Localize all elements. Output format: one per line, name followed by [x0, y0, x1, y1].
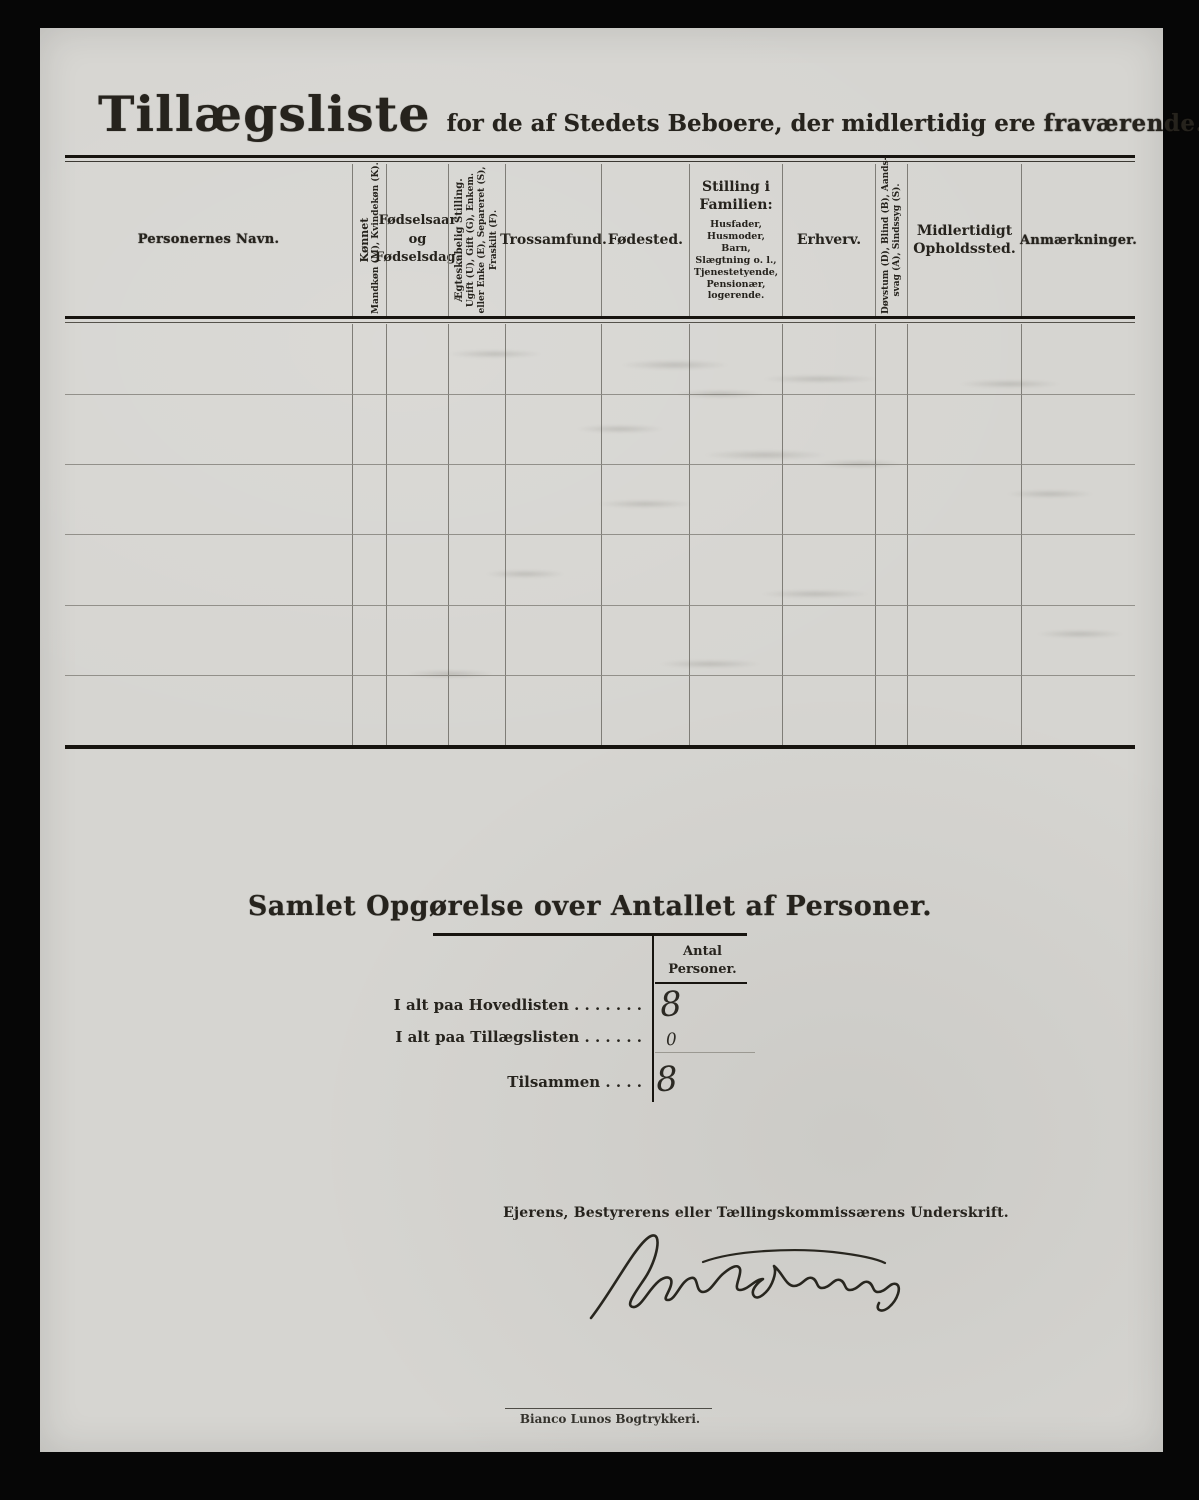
table-empty-cell	[875, 534, 907, 604]
column-header-marital-status: Ægteskabelig Stilling. Ugift (U), Gift (…	[448, 164, 505, 316]
form-title-subtitle: for de af Stedets Beboere, der midlertid…	[447, 112, 1199, 135]
table-empty-cell	[1021, 605, 1135, 675]
table-bottom-rule	[65, 745, 1135, 749]
column-header-family-position: Stilling i Familien: Husfader, Husmoder,…	[689, 164, 782, 316]
table-empty-cell	[505, 464, 601, 534]
table-empty-cell	[689, 605, 782, 675]
table-empty-cell	[386, 605, 448, 675]
table-empty-cell	[448, 324, 505, 394]
summary-table-vertical-rule	[652, 935, 654, 1102]
summary-row-main-list-value-handwritten: 8	[659, 984, 731, 1023]
column-header-remarks: Anmærkninger.	[1021, 164, 1135, 316]
signature-caption: Ejerens, Bestyrerens eller Tællingskommi…	[500, 1205, 1012, 1221]
printer-footer-text: Bianco Lunos Bogtrykkeri.	[480, 1412, 740, 1426]
table-empty-cell	[907, 464, 1021, 534]
table-empty-cell	[386, 534, 448, 604]
table-empty-cell	[601, 394, 689, 464]
summary-row-total-label: Tilsammen . . . .	[300, 1073, 642, 1091]
table-empty-cell	[875, 324, 907, 394]
table-empty-cell	[782, 534, 875, 604]
column-header-birthdate: Fødselsaar og Fødselsdag.	[386, 164, 448, 316]
table-body	[65, 324, 1135, 745]
column-header-family-position-subtext: Husfader, Husmoder, Barn, Slægtning o. l…	[690, 219, 782, 302]
header-rule-thin	[65, 322, 1135, 323]
table-empty-cell	[386, 675, 448, 745]
column-header-occupation: Erhverv.	[782, 164, 875, 316]
column-header-disability: Døvstum (D), Blind (B), Aands- svag (A),…	[875, 164, 907, 316]
table-empty-cell	[386, 464, 448, 534]
table-empty-cell	[601, 464, 689, 534]
summary-row-total-value-handwritten: 8	[655, 1059, 727, 1098]
table-empty-cell	[782, 605, 875, 675]
summary-count-column-header: Antal Personer.	[655, 943, 750, 978]
table-empty-cell	[65, 675, 352, 745]
summary-total-separator-line	[655, 1052, 755, 1053]
table-empty-cell	[352, 464, 386, 534]
printer-footer-rule	[505, 1408, 712, 1409]
table-empty-cell	[65, 534, 352, 604]
table-empty-cell	[505, 534, 601, 604]
table-empty-cell	[875, 605, 907, 675]
table-empty-cell	[65, 394, 352, 464]
table-empty-cell	[386, 394, 448, 464]
title-rule-thick	[65, 155, 1135, 158]
census-form-page: Tillægsliste for de af Stedets Beboere, …	[40, 28, 1163, 1452]
table-empty-cell	[352, 324, 386, 394]
form-title-subtitle-text: for de af Stedets Beboere, der midlertid…	[447, 110, 1036, 137]
summary-heading: Samlet Opgørelse over Antallet af Person…	[65, 891, 1115, 922]
table-empty-cell	[505, 605, 601, 675]
table-empty-cell	[448, 605, 505, 675]
table-empty-cell	[782, 464, 875, 534]
table-empty-cell	[448, 534, 505, 604]
table-empty-cell	[386, 324, 448, 394]
summary-row-main-list-label: I alt paa Hovedlisten . . . . . . .	[300, 996, 642, 1014]
table-empty-cell	[601, 534, 689, 604]
table-empty-cell	[505, 324, 601, 394]
form-title-subtitle-emphasis: fraværende.	[1044, 110, 1199, 137]
table-empty-cell	[1021, 464, 1135, 534]
column-header-disability-rotated-text: Døvstum (D), Blind (B), Aands- svag (A),…	[880, 166, 903, 314]
column-header-temporary-residence: Midlertidigt Opholdssted.	[907, 164, 1021, 316]
table-empty-cell	[1021, 675, 1135, 745]
table-empty-cell	[875, 394, 907, 464]
table-empty-cell	[601, 324, 689, 394]
summary-row-supplement-list-value-handwritten: 0	[665, 1028, 736, 1050]
table-empty-cell	[352, 394, 386, 464]
table-header-row: Personernes Navn. Kønnet Mandkøn (M), Kv…	[65, 164, 1135, 316]
column-header-name-label: Personernes Navn.	[138, 231, 280, 250]
table-empty-cell	[505, 394, 601, 464]
column-header-sex: Kønnet Mandkøn (M), Kvindekøn (K).	[352, 164, 386, 316]
table-empty-cell	[689, 534, 782, 604]
signature-handwriting	[585, 1226, 930, 1331]
table-empty-cell	[65, 324, 352, 394]
title-rule-thin	[65, 161, 1135, 162]
table-empty-cell	[907, 394, 1021, 464]
column-header-birthplace: Fødested.	[601, 164, 689, 316]
table-empty-cell	[907, 324, 1021, 394]
table-empty-cell	[352, 534, 386, 604]
column-header-sex-rotated-text: Kønnet Mandkøn (M), Kvindekøn (K).	[357, 166, 381, 314]
table-empty-cell	[448, 464, 505, 534]
summary-row-supplement-list-label: I alt paa Tillægslisten . . . . . .	[300, 1028, 642, 1046]
column-header-faith: Trossamfund.	[505, 164, 601, 316]
column-header-name: Personernes Navn.	[65, 164, 352, 316]
table-empty-cell	[65, 605, 352, 675]
form-title: Tillægsliste for de af Stedets Beboere, …	[98, 90, 1148, 139]
summary-count-header-underline	[655, 982, 747, 984]
table-empty-cell	[1021, 534, 1135, 604]
table-empty-cell	[689, 464, 782, 534]
table-empty-cell	[689, 394, 782, 464]
table-empty-cell	[1021, 394, 1135, 464]
table-empty-cell	[875, 675, 907, 745]
header-rule-thick	[65, 316, 1135, 319]
table-empty-cell	[65, 464, 352, 534]
summary-table-top-rule	[433, 933, 747, 936]
table-empty-cell	[448, 394, 505, 464]
table-empty-cell	[448, 675, 505, 745]
table-empty-cell	[352, 605, 386, 675]
table-empty-cell	[782, 675, 875, 745]
form-title-main: Tillægsliste	[98, 90, 431, 139]
table-empty-cell	[352, 675, 386, 745]
table-empty-cell	[907, 605, 1021, 675]
table-empty-cell	[601, 675, 689, 745]
table-empty-cell	[875, 464, 907, 534]
table-empty-cell	[782, 324, 875, 394]
table-empty-cell	[601, 605, 689, 675]
table-empty-cell	[689, 324, 782, 394]
table-empty-cell	[1021, 324, 1135, 394]
table-empty-cell	[907, 675, 1021, 745]
table-empty-cell	[782, 394, 875, 464]
table-empty-cell	[505, 675, 601, 745]
scanned-document-viewport: { "colors": { "paper": "#d6d5d1", "ink":…	[0, 0, 1199, 1500]
table-empty-cell	[907, 534, 1021, 604]
column-header-marital-rotated-text: Ægteskabelig Stilling. Ugift (U), Gift (…	[454, 166, 500, 314]
table-empty-cell	[689, 675, 782, 745]
